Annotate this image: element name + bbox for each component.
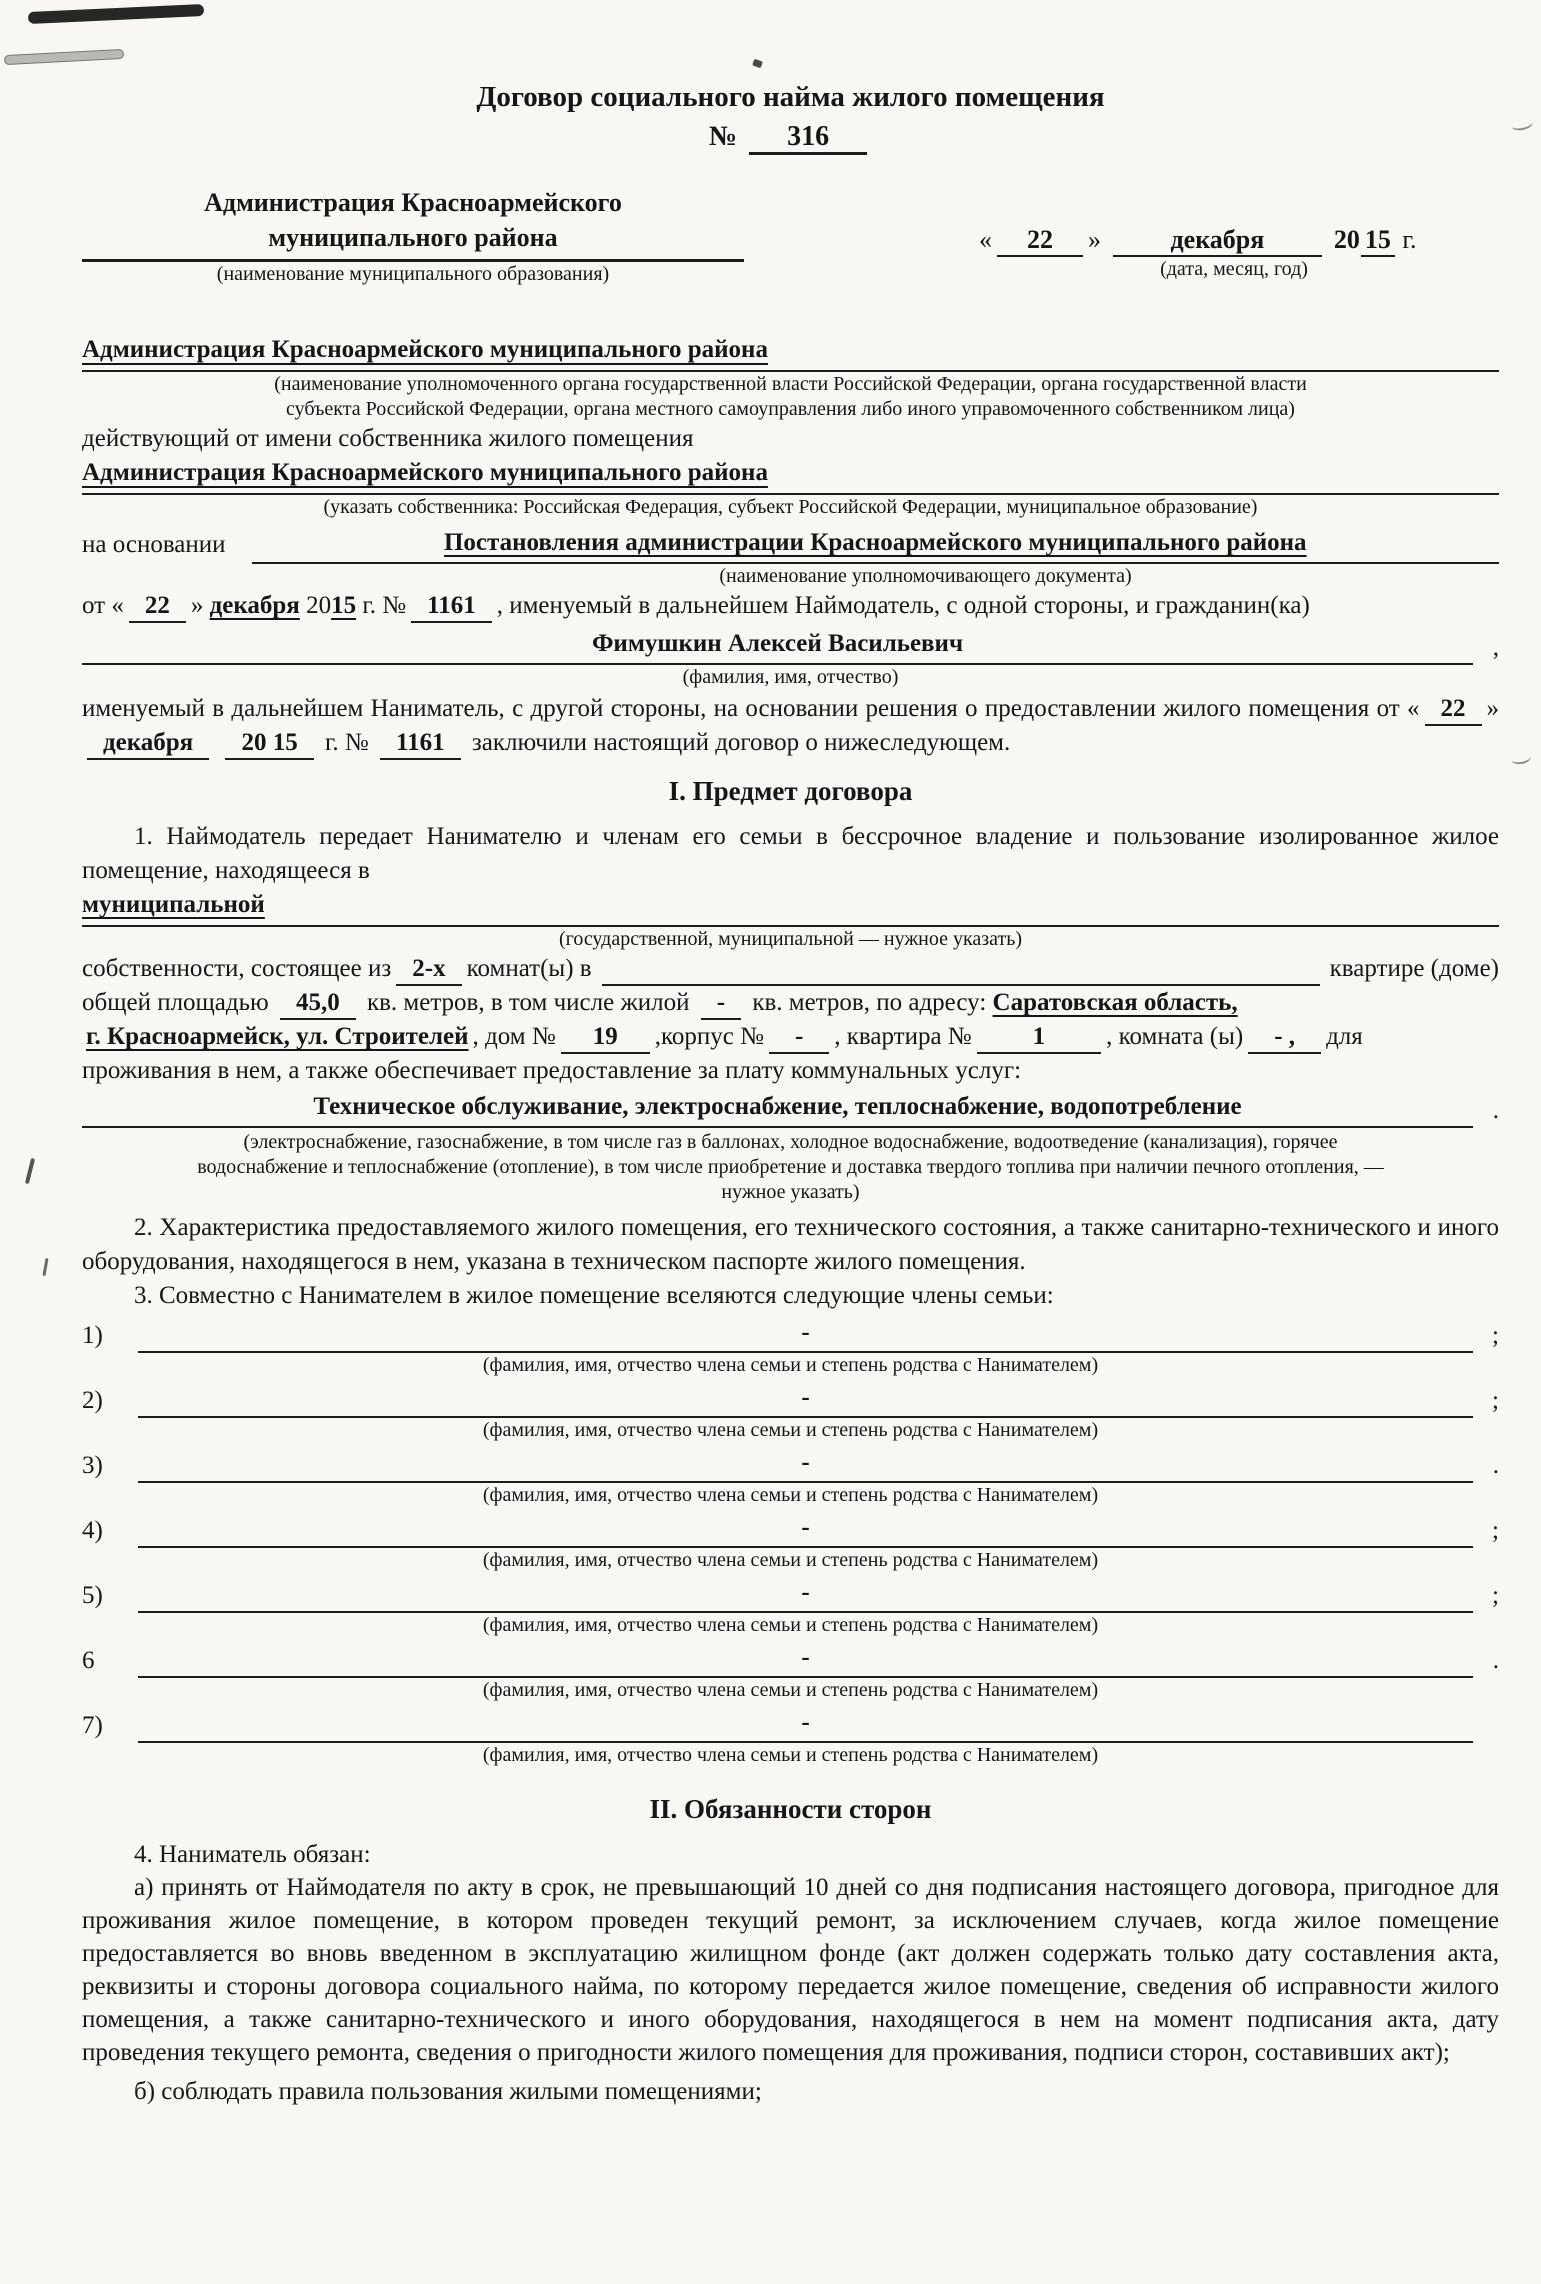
ownership-type-value: муниципальной xyxy=(82,891,265,918)
living-area-value: - xyxy=(701,988,741,1020)
member-trailing-punct: ; xyxy=(1473,1579,1499,1613)
document-number-line: № 316 xyxy=(82,120,1499,155)
tenant-name-row: Фимушкин Алексей Васильевич , xyxy=(82,627,1499,665)
member-row: 7) - xyxy=(82,1706,1499,1743)
section2: II. Обязанности сторон 4. Наниматель обя… xyxy=(82,1792,1499,2108)
room-value: - , xyxy=(1248,1022,1321,1054)
document-number-value: 316 xyxy=(749,122,867,155)
services-caption: (электроснабжение, газоснабжение, в том … xyxy=(82,1130,1499,1205)
member-caption: (фамилия, имя, отчество члена семьи и ст… xyxy=(82,1483,1499,1508)
municipality-caption: (наименование муниципального образования… xyxy=(82,262,744,287)
member-name-value: - xyxy=(138,1446,1473,1483)
section2-heading: II. Обязанности сторон xyxy=(82,1792,1499,1826)
member-row: 6 - . xyxy=(82,1641,1499,1678)
area-line: общей площадью 45,0 кв. метров, в том чи… xyxy=(82,986,1499,1020)
member-caption: (фамилия, имя, отчество члена семьи и ст… xyxy=(82,1418,1499,1443)
member-row: 1) - ; xyxy=(82,1316,1499,1353)
member-name-value: - xyxy=(138,1316,1473,1353)
services-value: Техническое обслуживание, электроснабжен… xyxy=(82,1090,1473,1128)
header-row: Администрация Красноармейского муниципал… xyxy=(82,185,1499,287)
from-month: декабря xyxy=(210,592,300,619)
closing-number: 1161 xyxy=(380,728,461,760)
address-line: г. Красноармейск, ул. Строителей, дом №1… xyxy=(82,1020,1499,1054)
member-trailing-punct: ; xyxy=(1473,1514,1499,1548)
date-caption: (дата, месяц, год) xyxy=(1089,257,1379,282)
clause-1-text: 1. Наймодатель передает Нанимателю и чле… xyxy=(82,820,1499,888)
resolution-number: 1161 xyxy=(411,591,492,623)
member-number: 7) xyxy=(82,1709,128,1743)
owner-line: Администрация Красноармейского муниципал… xyxy=(82,456,1499,495)
document-title: Договор социального найма жилого помещен… xyxy=(82,78,1499,116)
member-caption: (фамилия, имя, отчество члена семьи и ст… xyxy=(82,1548,1499,1573)
basis-label: на основании xyxy=(82,528,252,564)
closing-year: 20 15 xyxy=(225,728,313,760)
municipality-block: Администрация Красноармейского муниципал… xyxy=(82,185,744,287)
clause-4a-text: а) принять от Наймодателя по акту в срок… xyxy=(82,1871,1499,2069)
services-intro: проживания в нем, а также обеспечивает п… xyxy=(82,1054,1499,1088)
clause-2-text: 2. Характеристика предоставляемого жилог… xyxy=(82,1211,1499,1279)
member-trailing-punct: ; xyxy=(1473,1319,1499,1353)
closing-day: 22 xyxy=(1425,694,1482,726)
member-name-value: - xyxy=(138,1381,1473,1418)
member-name-value: - xyxy=(138,1576,1473,1613)
rooms-count-value: 2-х xyxy=(396,954,461,986)
preamble-closing: именуемый в дальнейшем Наниматель, с дру… xyxy=(82,692,1499,760)
clause-4-intro: 4. Наниматель обязан: xyxy=(82,1838,1499,1871)
lessor-line: от «22» декабря 2015 г. №1161, именуемый… xyxy=(82,589,1499,623)
member-number: 2) xyxy=(82,1384,128,1418)
member-caption: (фамилия, имя, отчество члена семьи и ст… xyxy=(82,1678,1499,1703)
member-caption: (фамилия, имя, отчество члена семьи и ст… xyxy=(82,1353,1499,1378)
member-number: 3) xyxy=(82,1449,128,1483)
clause-4b-text: б) соблюдать правила пользования жилыми … xyxy=(82,2075,1499,2108)
ownership-type-caption: (государственной, муниципальной — нужное… xyxy=(82,927,1499,952)
authorized-body-caption: (наименование уполномоченного органа гос… xyxy=(82,372,1499,422)
member-caption: (фамилия, имя, отчество члена семьи и ст… xyxy=(82,1743,1499,1768)
member-name-value: - xyxy=(138,1511,1473,1548)
basis-row: на основании Постановления администрации… xyxy=(82,526,1499,564)
number-sign: № xyxy=(709,121,737,152)
member-row: 5) - ; xyxy=(82,1576,1499,1613)
services-trailing-period: . xyxy=(1473,1094,1499,1128)
member-row: 4) - ; xyxy=(82,1511,1499,1548)
closing-month: декабря xyxy=(87,728,209,760)
member-row: 3) - . xyxy=(82,1446,1499,1483)
member-row: 2) - ; xyxy=(82,1381,1499,1418)
address-street-value: г. Красноармейск, ул. Строителей xyxy=(82,1023,473,1050)
member-number: 4) xyxy=(82,1514,128,1548)
municipality-name: Администрация Красноармейского муниципал… xyxy=(82,185,744,262)
total-area-value: 45,0 xyxy=(280,988,356,1020)
tenant-name-trailing-comma: , xyxy=(1473,631,1499,665)
agreement-date: «22» декабря 2015 г. xyxy=(979,223,1499,257)
member-caption: (фамилия, имя, отчество члена семьи и ст… xyxy=(82,1613,1499,1638)
member-trailing-punct: . xyxy=(1473,1644,1499,1678)
date-day: 22 xyxy=(997,224,1083,257)
section1-heading: I. Предмет договора xyxy=(82,774,1499,808)
tenant-name-caption: (фамилия, имя, отчество) xyxy=(82,665,1499,690)
authorized-body-line: Администрация Красноармейского муниципал… xyxy=(82,333,1499,372)
date-block: «22» декабря 2015 г. (дата, месяц, год) xyxy=(979,185,1499,282)
member-number: 6 xyxy=(82,1644,128,1678)
house-number-value: 19 xyxy=(561,1022,650,1054)
member-number: 5) xyxy=(82,1579,128,1613)
date-year: 15 xyxy=(1361,224,1395,257)
member-trailing-punct: ; xyxy=(1473,1384,1499,1418)
family-members-list: 1) - ; (фамилия, имя, отчество члена сем… xyxy=(82,1316,1499,1768)
date-month: декабря xyxy=(1113,224,1323,257)
ownership-type-line: муниципальной xyxy=(82,888,1499,927)
member-number: 1) xyxy=(82,1319,128,1353)
from-year: 15 xyxy=(331,592,356,619)
basis-caption: (наименование уполномочивающего документ… xyxy=(352,564,1499,589)
from-day: 22 xyxy=(129,591,186,623)
flat-number-value: 1 xyxy=(977,1022,1102,1054)
rooms-line: собственности, состоящее из 2-х комнат(ы… xyxy=(82,952,1499,986)
member-name-value: - xyxy=(138,1641,1473,1678)
korpus-value: - xyxy=(769,1022,829,1054)
clause-3-text: 3. Совместно с Нанимателем в жилое помещ… xyxy=(82,1279,1499,1313)
tenant-name-value: Фимушкин Алексей Васильевич xyxy=(82,627,1473,665)
member-trailing-punct: . xyxy=(1473,1449,1499,1483)
scanned-document-page: Договор социального найма жилого помещен… xyxy=(0,0,1541,2284)
member-name-value: - xyxy=(138,1706,1473,1743)
basis-document-value: Постановления администрации Красноармейс… xyxy=(252,526,1499,564)
acting-on-behalf-text: действующий от имени собственника жилого… xyxy=(82,422,1499,456)
services-row: Техническое обслуживание, электроснабжен… xyxy=(82,1090,1499,1128)
address-region-value: Саратовская область, xyxy=(993,989,1238,1016)
owner-caption: (указать собственника: Российская Федера… xyxy=(82,495,1499,520)
